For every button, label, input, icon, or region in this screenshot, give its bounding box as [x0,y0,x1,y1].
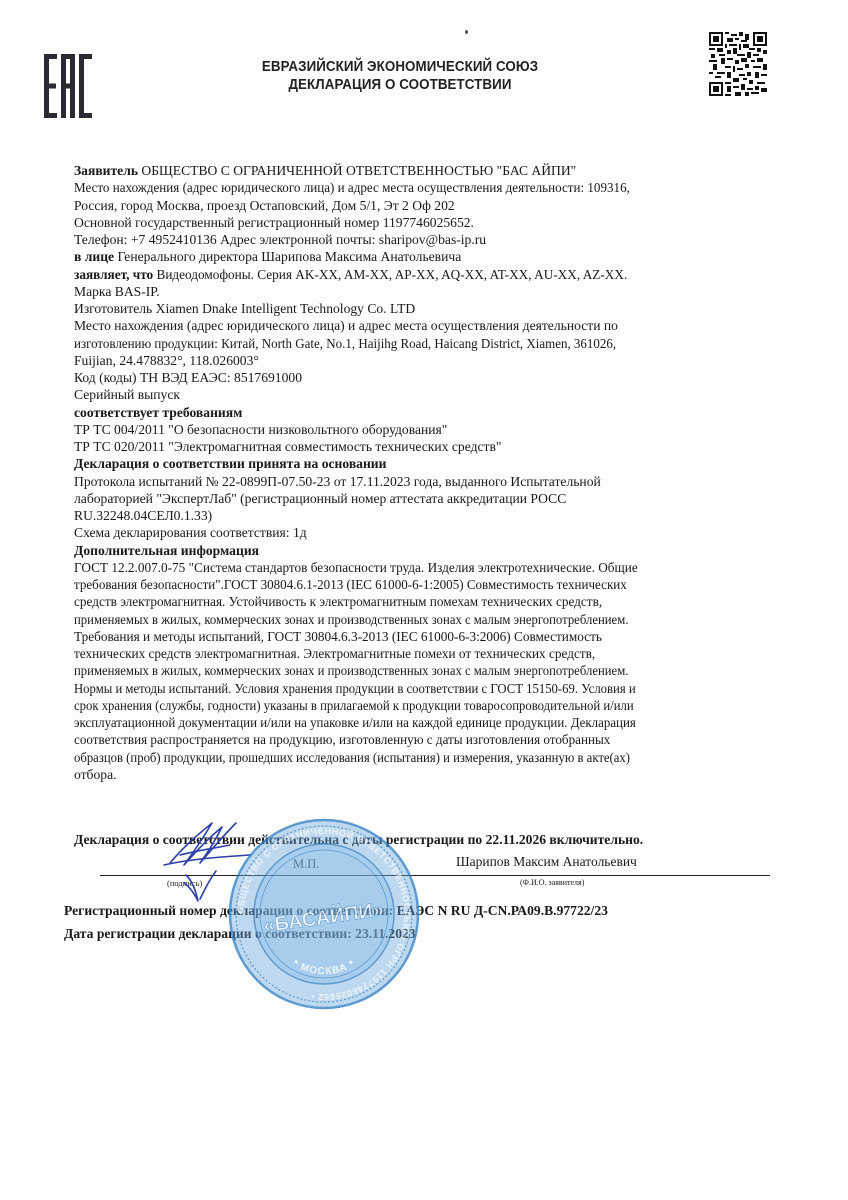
qr-code-icon[interactable] [709,32,767,96]
manufacturer-address-3: Fuijian, 24.478832°, 118.026003° [74,352,774,369]
represented-label: в лице [74,249,114,264]
applicant-ogrn: Основной государственный регистрационный… [74,214,774,231]
represented-name: Генерального директора Шарипова Максима … [114,249,461,264]
document-title: ЕВРАЗИЙСКИЙ ЭКОНОМИЧЕСКИЙ СОЮЗ ДЕКЛАРАЦИ… [216,58,584,94]
additional-line: ГОСТ 12.2.007.0-75 "Система стандартов б… [74,559,757,576]
declaration-page: ЕВРАЗИЙСКИЙ ЭКОНОМИЧЕСКИЙ СОЮЗ ДЕКЛАРАЦИ… [0,0,848,1200]
additional-line: средств электромагнитная. Устойчивость к… [74,593,757,610]
svg-text:* МОСКВА *: * МОСКВА * [291,958,358,977]
requirement-item: ТР ТС 004/2011 "О безопасности низковоль… [74,421,774,438]
signature-caption: (подпись) [167,878,202,888]
represented-by-line: в лице Генерального директора Шарипова М… [74,248,774,265]
additional-line: применяемых в жилых, коммерческих зонах … [74,611,729,628]
additional-line: применяемых в жилых, коммерческих зонах … [74,662,729,679]
scan-speck [465,30,468,34]
additional-line: технических средств электромагнитная. Эл… [74,645,757,662]
validity-statement: Декларация о соответствии действительна … [74,832,643,848]
manufacturer-name: Изготовитель Xiamen Dnake Intelligent Te… [74,300,774,317]
manufacturer-address-2: изготовлению продукции: Китай, North Gat… [74,335,743,352]
additional-line: эксплуатационной документации и/или на у… [74,714,739,731]
applicant-address-1: Место нахождения (адрес юридического лиц… [74,179,747,196]
additional-line: соответствия распространяется на продукц… [74,731,750,748]
additional-line: Нормы и методы испытаний. Условия хранен… [74,680,729,697]
basis-protocol-3: RU.32248.04СЕЛ0.1.33) [74,507,774,524]
additional-heading: Дополнительная информация [74,542,774,559]
applicant-address-2: Россия, город Москва, проезд Остаповский… [74,197,774,214]
product-description: Видеодомофоны. Серия AK-XX, AM-XX, AP-XX… [153,267,627,282]
applicant-name: ОБЩЕСТВО С ОГРАНИЧЕННОЙ ОТВЕТСТВЕННОСТЬЮ… [138,163,576,178]
name-caption: (Ф.И.О. заявителя) [520,878,584,887]
additional-line: срок хранения (службы, годности) указаны… [74,697,729,714]
basis-protocol-2: лабораторией "ЭкспертЛаб" (регистрационн… [74,490,774,507]
registration-date: Дата регистрации декларации о соответств… [64,926,416,942]
declaration-body: Заявитель ОБЩЕСТВО С ОГРАНИЧЕННОЙ ОТВЕТС… [74,162,774,783]
title-union: ЕВРАЗИЙСКИЙ ЭКОНОМИЧЕСКИЙ СОЮЗ [216,58,584,76]
requirements-heading: соответствует требованиям [74,404,774,421]
declares-label: заявляет, что [74,267,153,282]
applicant-line: Заявитель ОБЩЕСТВО С ОГРАНИЧЕННОЙ ОТВЕТС… [74,162,774,179]
signer-name: Шарипов Максим Анатольевич [456,854,637,870]
additional-line: требования безопасности".ГОСТ 30804.6.1-… [74,576,746,593]
additional-line: образцов (проб) продукции, прошедших исс… [74,749,729,766]
basis-protocol-1: Протокола испытаний № 22-0899П-07.50-23 … [74,473,774,490]
requirement-item: ТР ТС 020/2011 "Электромагнитная совмест… [74,438,774,455]
product-brand: Марка BAS-IP. [74,283,774,300]
hs-code: Код (коды) ТН ВЭД ЕАЭС: 8517691000 [74,369,774,386]
registration-number: Регистрационный номер декларации о соотв… [64,903,608,919]
eac-mark-icon [44,54,92,118]
handwritten-signature-icon [150,815,260,905]
title-declaration: ДЕКЛАРАЦИЯ О СООТВЕТСТВИИ [216,76,584,94]
production-type: Серийный выпуск [74,386,774,403]
basis-heading: Декларация о соответствии принята на осн… [74,455,774,472]
declaration-scheme: Схема декларирования соответствия: 1д [74,524,774,541]
additional-line: Требования и методы испытаний, ГОСТ 3080… [74,628,757,645]
additional-line: отбора. [74,766,774,783]
manufacturer-address-1: Место нахождения (адрес юридического лиц… [74,317,774,334]
applicant-label: Заявитель [74,163,138,178]
applicant-contacts: Телефон: +7 4952410136 Адрес электронной… [74,231,774,248]
signature-line [100,875,770,876]
declares-line: заявляет, что Видеодомофоны. Серия AK-XX… [74,266,757,283]
stamp-place-label: М.П. [293,857,319,872]
